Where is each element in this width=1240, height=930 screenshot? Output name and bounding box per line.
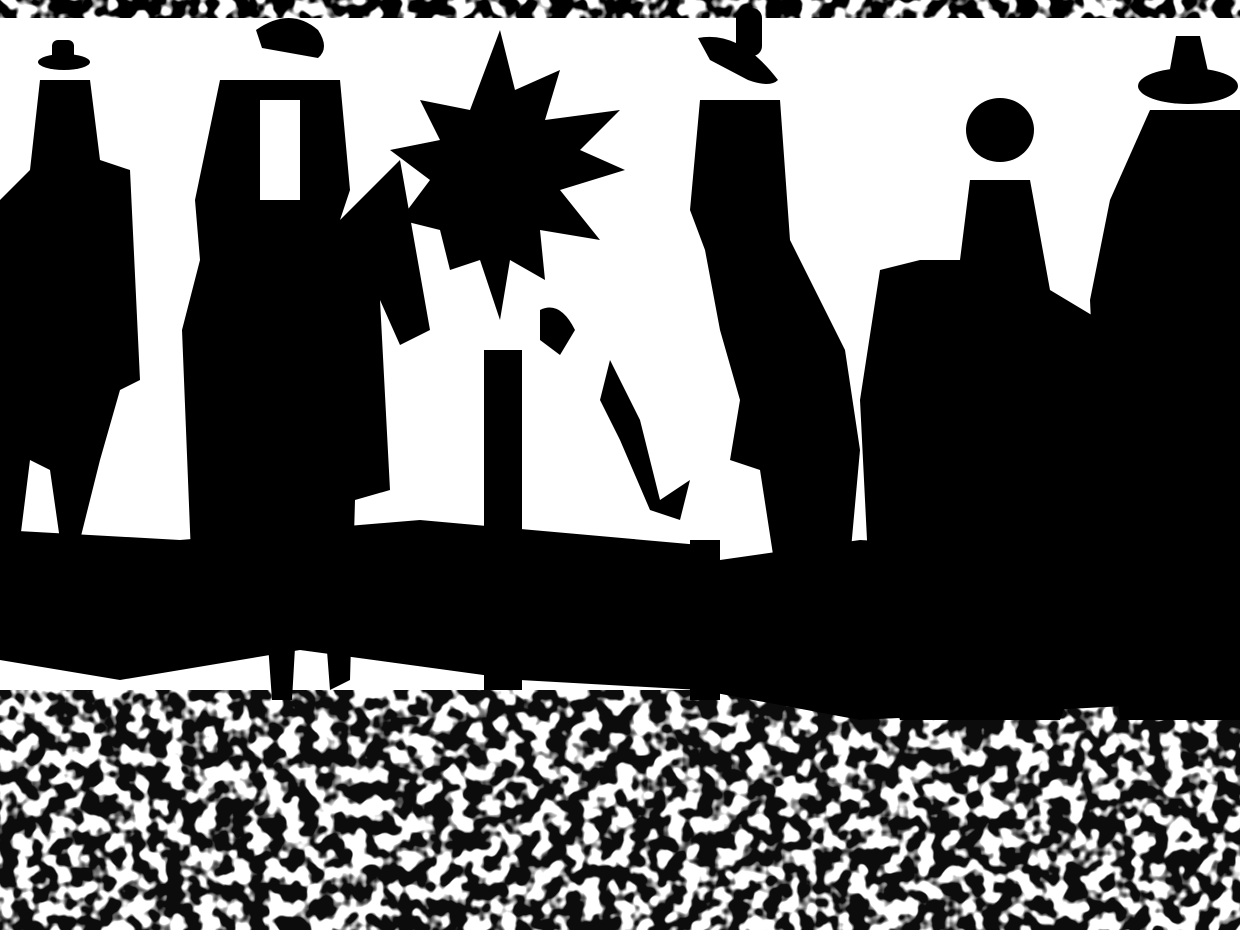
silhouette-photo [0, 0, 1240, 930]
ground-speckle [0, 690, 1240, 930]
rider-5 [1090, 36, 1240, 720]
white-horse [540, 308, 690, 521]
rider-3 [690, 8, 860, 600]
photo-scene [0, 0, 1240, 930]
rider-1 [0, 40, 140, 540]
palm-tree [390, 30, 625, 320]
rider-4 [860, 98, 1120, 720]
top-noise [0, 0, 1240, 18]
